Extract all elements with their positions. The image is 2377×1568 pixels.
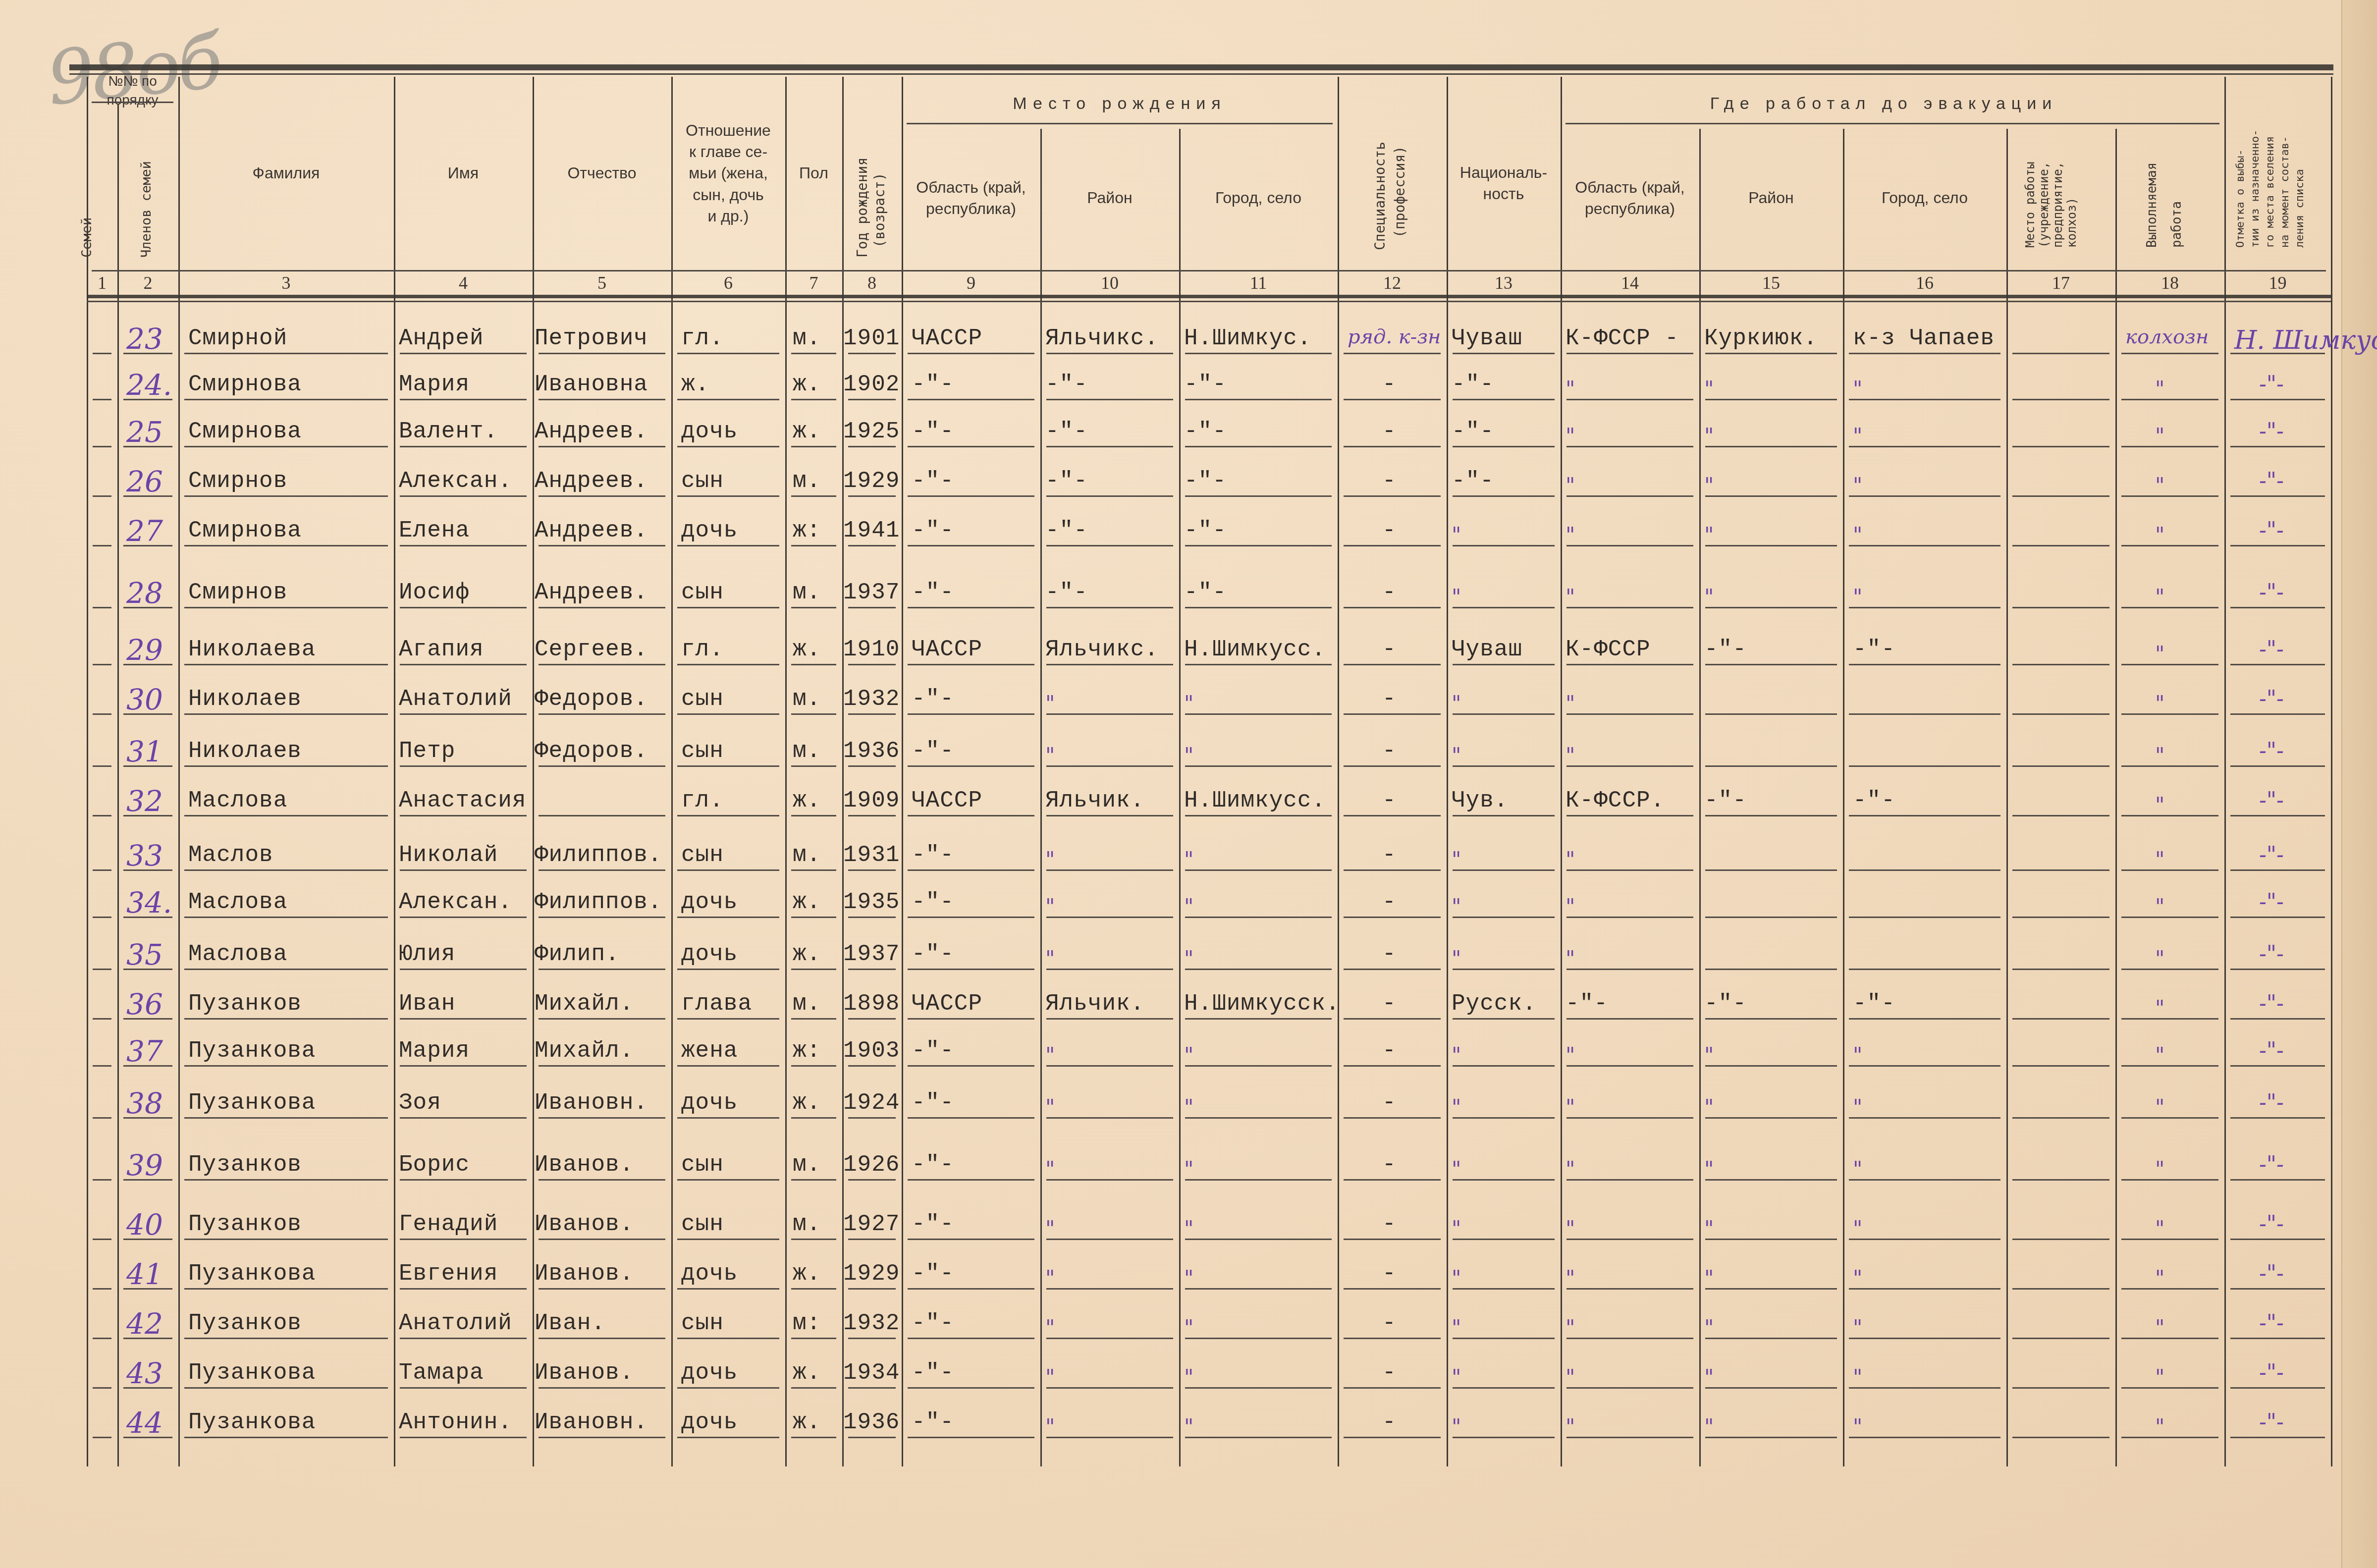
cell-underline [1705, 353, 1837, 354]
cell-underline [400, 1065, 527, 1067]
cell-underline [93, 1065, 111, 1067]
cell-underline [677, 1437, 779, 1438]
cell-underline [1567, 1387, 1693, 1389]
cell-underline [791, 869, 836, 871]
cell-underline [677, 713, 779, 715]
cell-underline [1705, 1437, 1837, 1438]
cell-underline [539, 1437, 665, 1438]
cell-underline [1705, 1117, 1837, 1119]
cell-underline [184, 446, 388, 447]
cell-underline [1453, 1437, 1555, 1438]
cell-surname: Смирнова [188, 419, 302, 444]
cell-departure: -"- [2259, 1211, 2284, 1237]
cell-underline [1046, 1018, 1173, 1020]
cell-underline [2230, 969, 2325, 970]
cell-relation: сын [681, 686, 724, 712]
cell-underline [791, 815, 836, 816]
cell-underline [123, 1018, 172, 1020]
cell-sex: ж. [793, 941, 821, 967]
cell-underline [539, 1288, 665, 1290]
cell-underline [400, 399, 527, 400]
cell-relation: сын [681, 580, 724, 605]
cell-underline [677, 353, 779, 354]
member-number: 25 [126, 415, 163, 449]
cell-birth-year: 1927 [843, 1211, 900, 1237]
cell-underline [184, 869, 388, 871]
cell-underline [539, 607, 665, 608]
cell-underline [184, 1065, 388, 1067]
cell-underline [2230, 1065, 2325, 1067]
cell-underline [539, 1117, 665, 1119]
cell-underline [2230, 1437, 2325, 1438]
cell-departure: -"- [2259, 419, 2284, 444]
cell-underline [1567, 399, 1693, 400]
cell-nationality: -"- [1452, 468, 1494, 494]
header-col-16: Город, село [1843, 149, 2006, 248]
cell-underline [1453, 969, 1555, 970]
cell-underline [1453, 1288, 1555, 1290]
cell-underline [400, 815, 527, 816]
cell-relation: дочь [681, 518, 738, 543]
cell-job: " [2155, 691, 2164, 715]
header-col-15: Район [1699, 149, 1843, 248]
cell-underline [1567, 545, 1693, 546]
cell-underline [1344, 765, 1441, 767]
cell-name: Анатолий [399, 1310, 512, 1336]
cell-underline [1567, 969, 1693, 970]
cell-underline [184, 1288, 388, 1290]
cell-underline [400, 446, 527, 447]
cell-job: " [2155, 523, 2164, 547]
cell-underline [93, 545, 111, 546]
cell-nationality: -"- [1452, 372, 1494, 397]
cell-underline [2230, 607, 2325, 608]
cell-birth-district: Яльчик. [1045, 788, 1144, 813]
cell-underline [123, 1065, 172, 1067]
cell-nationality: " [1452, 1266, 1461, 1290]
cell-underline [1344, 446, 1441, 447]
cell-departure: -"- [2259, 842, 2284, 867]
cell-work-district: -"- [1704, 637, 1747, 662]
cell-birth-place: -"- [1184, 419, 1227, 444]
cell-underline [1046, 869, 1173, 871]
cell-work-place: -"- [1853, 788, 1895, 813]
cell-underline [1046, 353, 1173, 354]
cell-underline [184, 545, 388, 546]
cell-birth-district: -"- [1045, 518, 1088, 543]
cell-underline [1046, 446, 1173, 447]
cell-underline [1344, 545, 1441, 546]
cell-patronymic: Михайл. [535, 1038, 634, 1064]
cell-birth-place: Н.Шимкус. [1184, 325, 1311, 351]
cell-underline [1849, 545, 2000, 546]
column-divider [1040, 129, 1042, 1466]
cell-birth-place: " [1184, 1043, 1193, 1067]
cell-underline [791, 713, 836, 715]
cell-underline [1344, 664, 1441, 665]
cell-underline [908, 765, 1034, 767]
cell-underline [400, 1338, 527, 1339]
cell-specialty: - [1382, 518, 1397, 543]
cell-underline [1705, 969, 1837, 970]
cell-specialty: - [1382, 468, 1397, 494]
cell-underline [1344, 1437, 1441, 1438]
cell-underline [1344, 1387, 1441, 1389]
cell-underline [791, 969, 836, 970]
cell-underline [2012, 1018, 2109, 1020]
cell-underline [677, 1338, 779, 1339]
cell-nationality: " [1452, 894, 1461, 919]
cell-underline [791, 1239, 836, 1240]
cell-birth-place: " [1184, 1095, 1193, 1119]
column-divider [1179, 129, 1181, 1466]
column-number: 9 [902, 272, 1040, 293]
cell-underline [1046, 399, 1173, 400]
cell-underline [184, 765, 388, 767]
cell-relation: сын [681, 1211, 724, 1237]
cell-underline [400, 353, 527, 354]
cell-underline [93, 1288, 111, 1290]
cell-underline [1046, 607, 1173, 608]
cell-underline [1185, 1338, 1332, 1339]
member-number: 36 [126, 987, 163, 1021]
cell-underline [1705, 1179, 1837, 1181]
cell-work-district: " [1704, 1414, 1714, 1439]
cell-specialty: - [1382, 1152, 1397, 1178]
cell-name: Борис [399, 1152, 470, 1178]
cell-underline [539, 815, 665, 816]
cell-nationality: " [1452, 1095, 1461, 1119]
cell-underline [2230, 495, 2325, 497]
cell-name: Мария [399, 372, 470, 397]
cell-specialty: - [1382, 580, 1397, 605]
cell-underline [1567, 1018, 1693, 1020]
cell-underline [1849, 495, 2000, 497]
cell-birth-year: 1910 [843, 637, 900, 662]
cell-birth-region: ЧАССР [912, 788, 982, 813]
cell-underline [848, 765, 896, 767]
cell-birth-place: -"- [1184, 468, 1227, 494]
cell-job: " [2155, 1216, 2164, 1241]
cell-underline [1453, 607, 1555, 608]
column-divider [1338, 77, 1339, 1466]
cell-birth-year: 1932 [843, 1310, 900, 1336]
cell-surname: Маслов [188, 842, 273, 868]
cell-patronymic: Иван. [535, 1310, 605, 1336]
cell-underline [908, 353, 1034, 354]
cell-relation: сын [681, 468, 724, 494]
cell-specialty: - [1382, 1261, 1397, 1287]
page-edge [2341, 0, 2377, 1568]
cell-underline [1567, 1117, 1693, 1119]
cell-underline [791, 1018, 836, 1020]
header-col-9: Область (край,республика) [902, 149, 1040, 248]
cell-name: Николай [399, 842, 498, 868]
cell-underline [2230, 869, 2325, 871]
cell-underline [2121, 969, 2218, 970]
cell-underline [2230, 1117, 2325, 1119]
header-col-19-line: на момент состав- [2279, 136, 2291, 248]
cell-underline [1705, 1018, 1837, 1020]
cell-departure: -"- [2259, 941, 2284, 967]
cell-nationality: " [1452, 1157, 1461, 1181]
cell-sex: м. [793, 468, 821, 494]
cell-work-place: " [1853, 1365, 1862, 1389]
member-number: 42 [126, 1307, 163, 1341]
cell-birth-year: 1941 [843, 518, 900, 543]
cell-birth-district: " [1045, 1414, 1055, 1439]
cell-surname: Пузанков [188, 1211, 302, 1237]
cell-birth-district: " [1045, 1216, 1055, 1241]
cell-departure: -"- [2259, 889, 2284, 915]
cell-underline [1567, 1437, 1693, 1438]
cell-birth-year: 1901 [843, 325, 900, 351]
header-col-10: Район [1040, 149, 1179, 248]
cell-underline [1849, 1018, 2000, 1020]
cell-underline [1567, 353, 1693, 354]
cell-birth-region: -"- [912, 1211, 954, 1237]
cell-patronymic: Иванов. [535, 1211, 634, 1237]
cell-departure: -"- [2259, 637, 2284, 662]
group-rule-order [92, 102, 173, 103]
cell-underline [2121, 1338, 2218, 1339]
cell-underline [123, 495, 172, 497]
cell-birth-place: " [1184, 894, 1193, 919]
cell-underline [677, 1179, 779, 1181]
cell-birth-year: 1929 [843, 468, 900, 494]
header-group-work: Где работал до эвакуации [1561, 89, 2207, 119]
cell-name: Иосиф [399, 580, 470, 605]
cell-patronymic: Федоров. [535, 738, 648, 764]
cell-job: " [2155, 424, 2164, 448]
cell-underline [2012, 869, 2109, 871]
cell-underline [1849, 1387, 2000, 1389]
cell-underline [2230, 1288, 2325, 1290]
cell-underline [400, 713, 527, 715]
cell-underline [2121, 495, 2218, 497]
cell-underline [1453, 815, 1555, 816]
cell-work-region: К-ФССР [1566, 637, 1651, 662]
cell-underline [1046, 1239, 1173, 1240]
cell-underline [123, 1387, 172, 1389]
cell-underline [539, 1179, 665, 1181]
cell-work-district: " [1704, 473, 1714, 497]
cell-job: " [2155, 1095, 2164, 1119]
cell-birth-place: " [1184, 1315, 1193, 1340]
cell-specialty: - [1382, 686, 1397, 712]
cell-underline [1567, 607, 1693, 608]
cell-underline [1567, 1288, 1693, 1290]
header-bottom-rule [87, 295, 2331, 298]
header-col-18-line: Выполняемая [2145, 162, 2160, 248]
column-number: 2 [117, 272, 178, 293]
cell-name: Валент. [399, 419, 498, 444]
cell-underline [1849, 815, 2000, 816]
cell-birth-region: -"- [912, 842, 954, 868]
cell-underline [1185, 969, 1332, 970]
cell-underline [791, 1117, 836, 1119]
cell-birth-place: " [1184, 946, 1193, 971]
cell-underline [908, 1018, 1034, 1020]
cell-departure: -"- [2259, 468, 2284, 493]
cell-underline [1344, 1065, 1441, 1067]
cell-underline [123, 765, 172, 767]
cell-relation: сын [681, 842, 724, 868]
cell-birth-place: -"- [1184, 580, 1227, 605]
cell-birth-district: -"- [1045, 468, 1088, 494]
cell-underline [1046, 815, 1173, 816]
cell-work-district: -"- [1704, 788, 1747, 813]
cell-work-place: " [1853, 424, 1862, 448]
cell-underline [93, 1179, 111, 1181]
cell-birth-region: -"- [912, 738, 954, 764]
cell-underline [1046, 1288, 1173, 1290]
cell-surname: Пузанкова [188, 1360, 316, 1386]
cell-surname: Николаев [188, 686, 302, 712]
cell-sex: ж: [793, 1038, 821, 1064]
cell-underline [791, 545, 836, 546]
cell-birth-district: " [1045, 1095, 1055, 1119]
cell-patronymic: Андреев. [535, 419, 648, 444]
cell-underline [400, 545, 527, 546]
cell-departure: -"- [2259, 1310, 2284, 1336]
header-col-19-line: тии из назначенно- [2249, 130, 2262, 248]
cell-job: " [2155, 743, 2164, 767]
cell-underline [1849, 1117, 2000, 1119]
cell-underline [2121, 815, 2218, 816]
cell-specialty: - [1382, 1360, 1397, 1386]
cell-surname: Смирнов [188, 580, 287, 605]
cell-underline [1567, 1239, 1693, 1240]
cell-underline [2230, 446, 2325, 447]
cell-birth-year: 1929 [843, 1261, 900, 1287]
cell-underline [1185, 713, 1332, 715]
cell-underline [539, 495, 665, 497]
cell-birth-region: -"- [912, 941, 954, 967]
cell-work-region: " [1566, 1095, 1575, 1119]
cell-birth-district: " [1045, 743, 1055, 767]
cell-underline [1453, 1387, 1555, 1389]
cell-underline [2121, 1117, 2218, 1119]
cell-work-place: -"- [1853, 991, 1895, 1017]
cell-name: Андрей [399, 325, 484, 351]
column-number: 7 [785, 272, 842, 293]
cell-underline [93, 1437, 111, 1438]
cell-departure: -"- [2259, 1152, 2284, 1177]
cell-underline [539, 1239, 665, 1240]
cell-underline [1185, 353, 1332, 354]
cell-name: Агапия [399, 637, 484, 662]
cell-work-district: " [1704, 1365, 1714, 1389]
cell-underline [539, 765, 665, 767]
cell-underline [908, 545, 1034, 546]
cell-work-place: " [1853, 585, 1862, 609]
cell-nationality: " [1452, 847, 1461, 871]
cell-specialty: - [1382, 1090, 1397, 1116]
cell-underline [2121, 1179, 2218, 1181]
member-number: 44 [126, 1406, 163, 1440]
cell-work-place: " [1853, 1043, 1862, 1067]
cell-underline [123, 969, 172, 970]
cell-underline [184, 1117, 388, 1119]
member-number: 37 [126, 1034, 163, 1068]
cell-underline [1344, 607, 1441, 608]
cell-underline [791, 664, 836, 665]
cell-underline [2230, 713, 2325, 715]
cell-underline [1185, 815, 1332, 816]
cell-birth-region: -"- [912, 889, 954, 915]
cell-underline [1849, 765, 2000, 767]
cell-underline [848, 1117, 896, 1119]
cell-underline [93, 399, 111, 400]
cell-underline [677, 495, 779, 497]
cell-underline [1705, 1288, 1837, 1290]
cell-underline [1705, 545, 1837, 546]
cell-underline [539, 353, 665, 354]
cell-underline [93, 607, 111, 608]
cell-underline [1849, 399, 2000, 400]
cell-nationality: " [1452, 1043, 1461, 1067]
cell-patronymic: Иванов. [535, 1360, 634, 1386]
cell-surname: Николаев [188, 738, 302, 764]
cell-underline [93, 1239, 111, 1240]
member-number: 33 [126, 839, 163, 872]
cell-underline [1567, 664, 1693, 665]
header-col-11: Город, село [1179, 149, 1338, 248]
cell-nationality: Чуваш [1452, 325, 1522, 351]
cell-underline [791, 399, 836, 400]
cell-underline [791, 1179, 836, 1181]
cell-relation: сын [681, 738, 724, 764]
cell-underline [1453, 664, 1555, 665]
cell-work-region: " [1566, 523, 1575, 547]
cell-patronymic: Федоров. [535, 686, 648, 712]
cell-underline [2121, 917, 2218, 918]
cell-underline [2012, 1437, 2109, 1438]
cell-underline [1453, 446, 1555, 447]
cell-work-district: " [1704, 1216, 1714, 1241]
column-number: 18 [2115, 272, 2224, 293]
cell-underline [1185, 1387, 1332, 1389]
header-col-19-line: Отметка о выбы- [2234, 149, 2247, 248]
cell-underline [184, 969, 388, 970]
cell-specialty: - [1382, 738, 1397, 764]
cell-work-district: " [1704, 1095, 1714, 1119]
cell-patronymic: Ивановна [535, 372, 648, 397]
cell-work-district: " [1704, 585, 1714, 609]
cell-birth-district: " [1045, 1266, 1055, 1290]
cell-underline [400, 1018, 527, 1020]
cell-sex: ж. [793, 637, 821, 662]
cell-underline [1849, 1239, 2000, 1240]
cell-birth-year: 1934 [843, 1360, 900, 1386]
cell-underline [2121, 1288, 2218, 1290]
cell-work-place: " [1853, 473, 1862, 497]
cell-underline [1046, 713, 1173, 715]
cell-underline [1185, 495, 1332, 497]
column-divider [533, 77, 534, 1466]
cell-underline [1453, 1117, 1555, 1119]
cell-underline [1705, 495, 1837, 497]
cell-birth-year: 1937 [843, 580, 900, 605]
cell-underline [677, 1387, 779, 1389]
cell-work-region: К-ФССР. [1566, 788, 1665, 813]
cell-work-region: " [1566, 585, 1575, 609]
cell-underline [848, 545, 896, 546]
cell-underline [1046, 1437, 1173, 1438]
cell-work-district: " [1704, 424, 1714, 448]
cell-underline [2121, 1018, 2218, 1020]
